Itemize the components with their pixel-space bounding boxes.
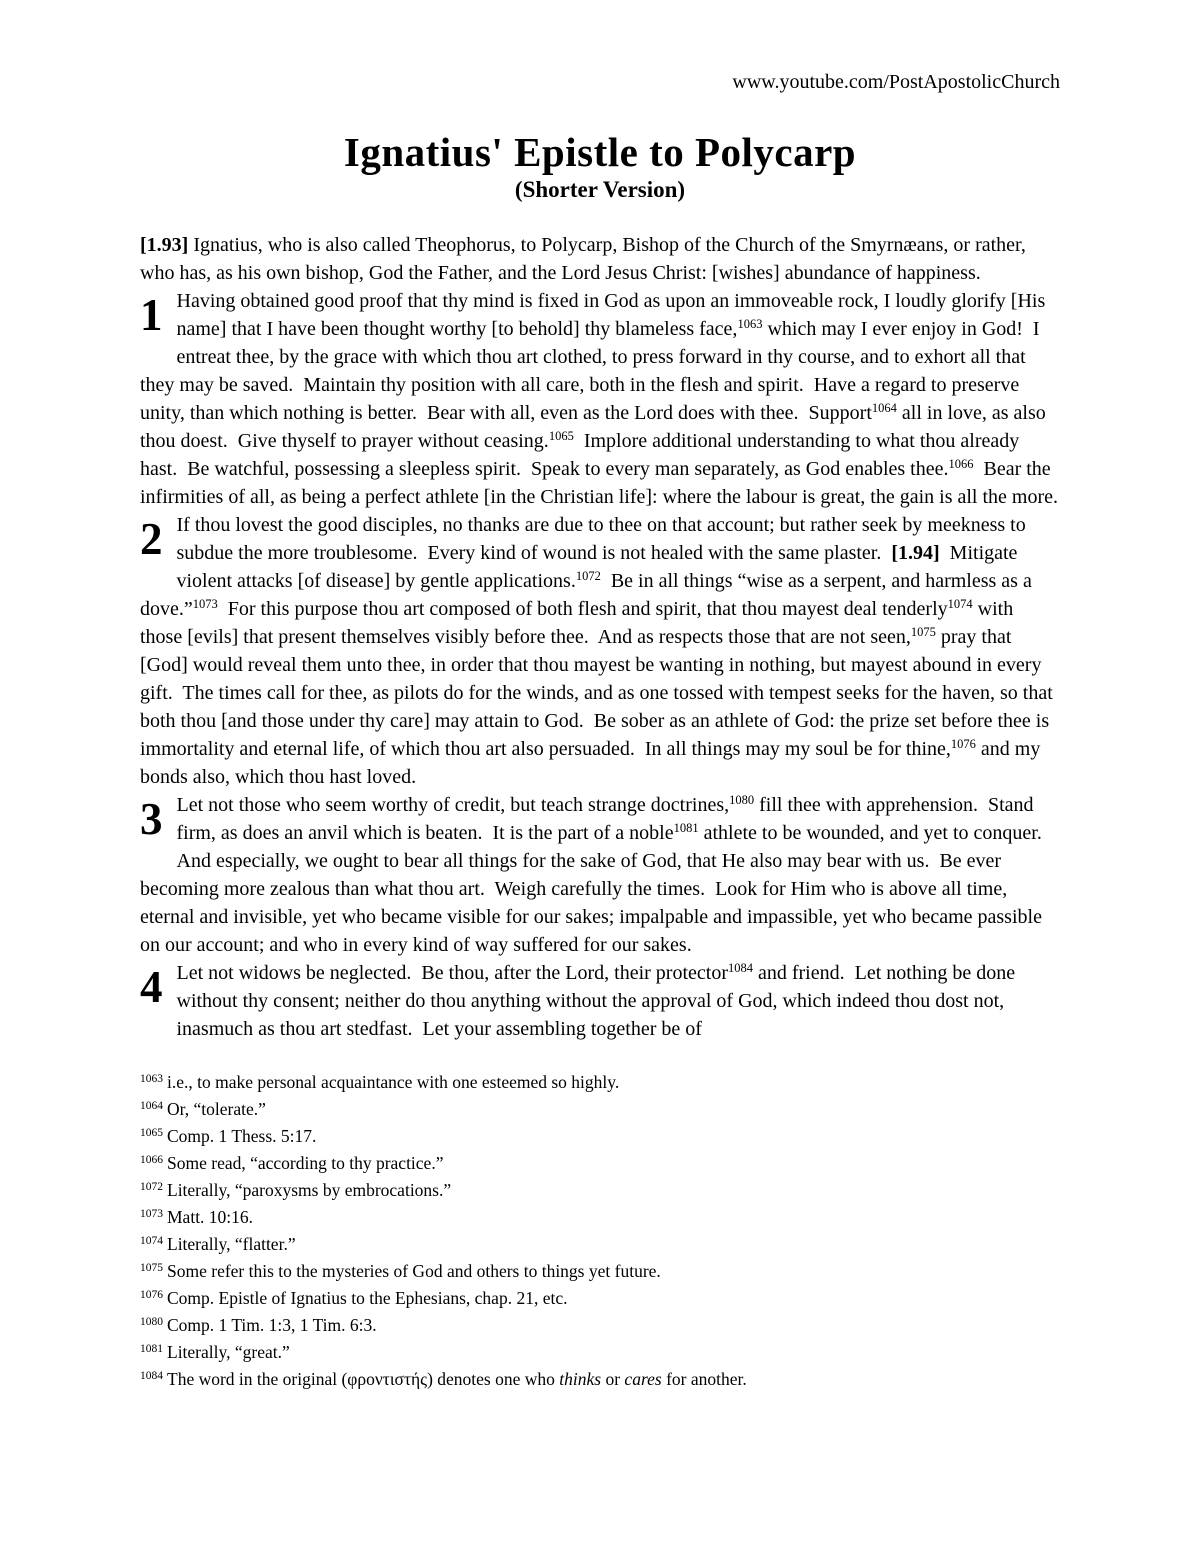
document-page: www.youtube.com/PostApostolicChurch Igna… bbox=[0, 0, 1200, 1553]
footnote-1074: 1074Literally, “flatter.” bbox=[140, 1231, 1060, 1258]
footnote-ref-1076: 1076 bbox=[951, 737, 976, 751]
footnote-1075: 1075Some refer this to the mysteries of … bbox=[140, 1258, 1060, 1285]
section-number-4: 4 bbox=[140, 962, 163, 1016]
footnote-number-1066: 1066 bbox=[140, 1154, 163, 1166]
footnote-ref-1066: 1066 bbox=[949, 457, 974, 471]
page-subtitle: (Shorter Version) bbox=[140, 177, 1060, 203]
body-text: [1.93] Ignatius, who is also called Theo… bbox=[140, 231, 1060, 1043]
header-url: www.youtube.com/PostApostolicChurch bbox=[140, 70, 1060, 94]
footnote-1084: 1084The word in the original (φροντιστής… bbox=[140, 1366, 1060, 1393]
section-number-3: 3 bbox=[140, 794, 163, 848]
footnote-1063: 1063i.e., to make personal acquaintance … bbox=[140, 1069, 1060, 1096]
footnote-1065: 1065Comp. 1 Thess. 5:17. bbox=[140, 1123, 1060, 1150]
footnote-ref-1074: 1074 bbox=[948, 597, 973, 611]
footnote-number-1065: 1065 bbox=[140, 1127, 163, 1139]
footnote-ref-1080: 1080 bbox=[729, 793, 754, 807]
section-paragraph-1: 1Having obtained good proof that thy min… bbox=[140, 287, 1060, 511]
footnote-number-1063: 1063 bbox=[140, 1073, 163, 1085]
footnote-ref-1073: 1073 bbox=[193, 597, 218, 611]
section-paragraph-3: 3Let not those who seem worthy of credit… bbox=[140, 791, 1060, 959]
footnote-ref-1081: 1081 bbox=[674, 821, 699, 835]
footnote-1064: 1064Or, “tolerate.” bbox=[140, 1096, 1060, 1123]
footnote-number-1064: 1064 bbox=[140, 1100, 163, 1112]
footnote-1080: 1080Comp. 1 Tim. 1:3, 1 Tim. 6:3. bbox=[140, 1312, 1060, 1339]
footnotes: 1063i.e., to make personal acquaintance … bbox=[140, 1069, 1060, 1393]
footnote-1081: 1081Literally, “great.” bbox=[140, 1339, 1060, 1366]
footnote-number-1074: 1074 bbox=[140, 1235, 163, 1247]
footnote-number-1072: 1072 bbox=[140, 1181, 163, 1193]
intro-paragraph: [1.93] Ignatius, who is also called Theo… bbox=[140, 231, 1060, 287]
footnote-ref-1064: 1064 bbox=[872, 401, 897, 415]
page-title: Ignatius' Epistle to Polycarp bbox=[140, 130, 1060, 175]
footnote-ref-1065: 1065 bbox=[549, 429, 574, 443]
footnote-1066: 1066Some read, “according to thy practic… bbox=[140, 1150, 1060, 1177]
section-number-1: 1 bbox=[140, 290, 163, 344]
footnote-1073: 1073Matt. 10:16. bbox=[140, 1204, 1060, 1231]
section-number-2: 2 bbox=[140, 514, 163, 568]
footnote-ref-1075: 1075 bbox=[911, 625, 936, 639]
footnote-ref-1072: 1072 bbox=[576, 569, 601, 583]
footnote-number-1084: 1084 bbox=[140, 1370, 163, 1382]
footnote-number-1080: 1080 bbox=[140, 1316, 163, 1328]
footnote-number-1073: 1073 bbox=[140, 1208, 163, 1220]
footnote-ref-1084: 1084 bbox=[728, 961, 753, 975]
footnote-ref-1063: 1063 bbox=[737, 317, 762, 331]
footnote-1072: 1072Literally, “paroxysms by embrocation… bbox=[140, 1177, 1060, 1204]
footnote-number-1076: 1076 bbox=[140, 1289, 163, 1301]
footnote-1076: 1076Comp. Epistle of Ignatius to the Eph… bbox=[140, 1285, 1060, 1312]
section-paragraph-4: 4Let not widows be neglected. Be thou, a… bbox=[140, 959, 1060, 1043]
footnote-number-1081: 1081 bbox=[140, 1343, 163, 1355]
section-paragraph-2: 2If thou lovest the good disciples, no t… bbox=[140, 511, 1060, 791]
footnote-number-1075: 1075 bbox=[140, 1262, 163, 1274]
